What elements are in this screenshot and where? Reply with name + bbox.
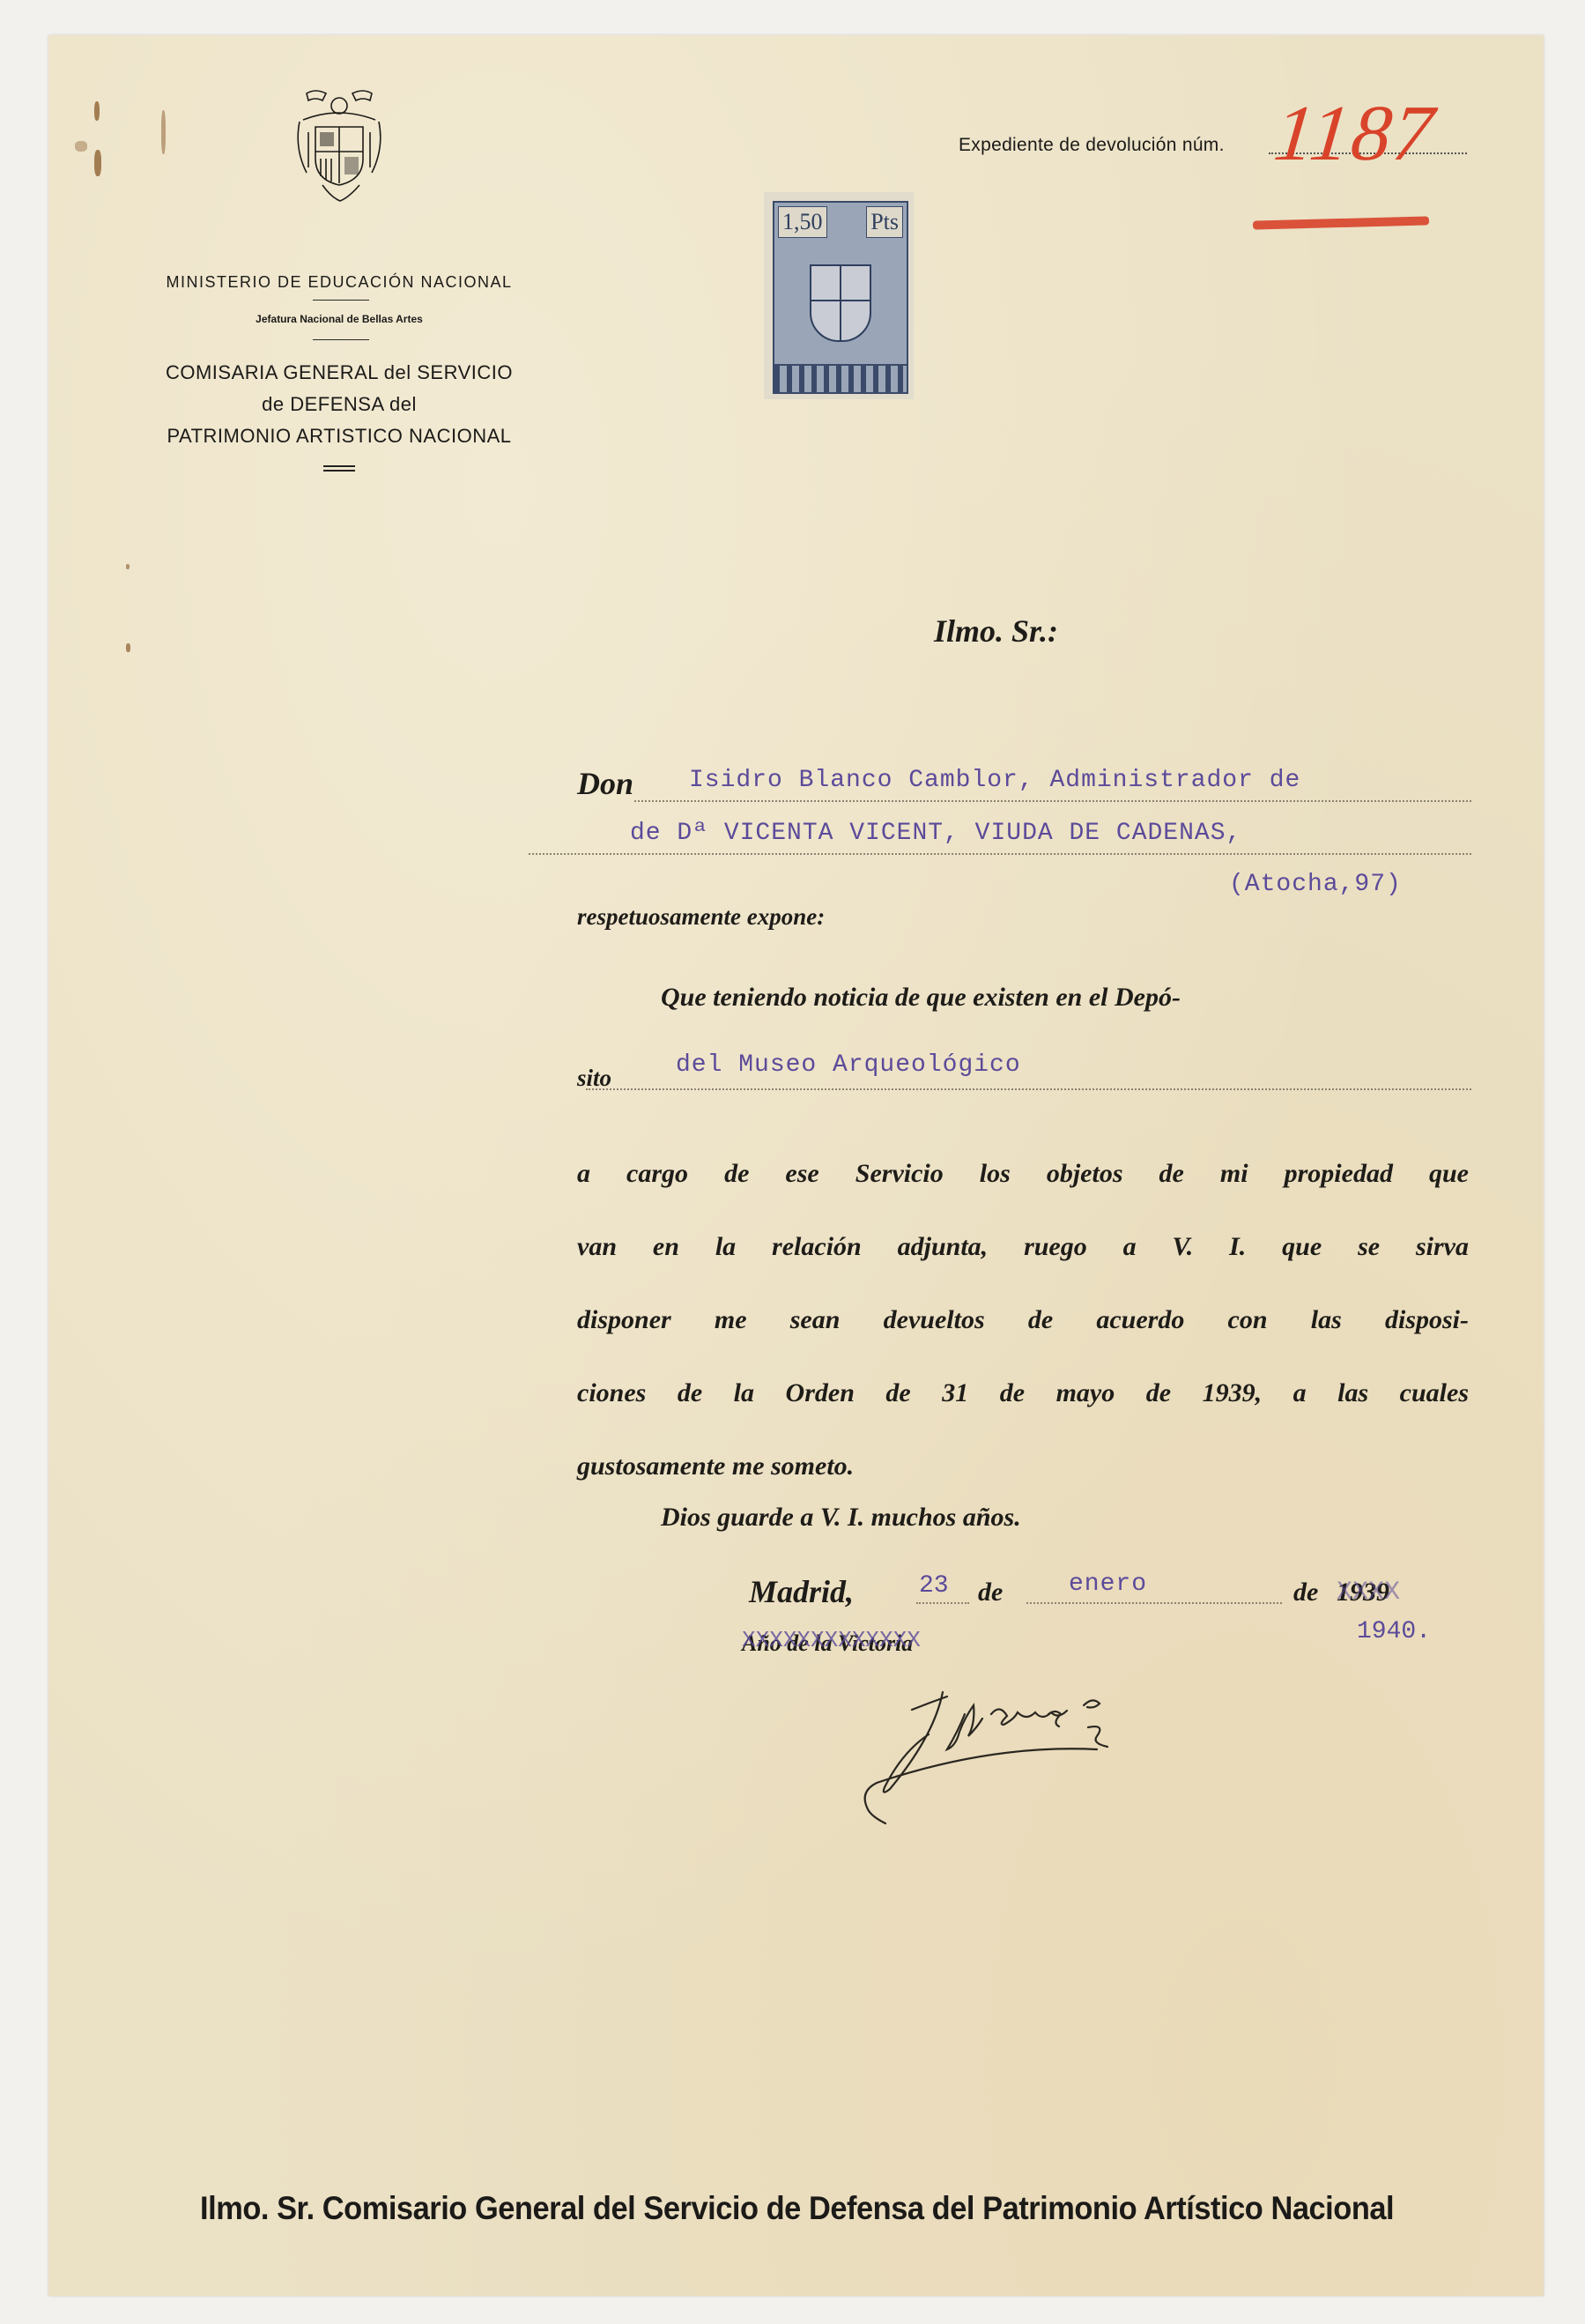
expone-label: respetuosamente expone: (577, 903, 825, 931)
body-line: gustosamente me someto. (577, 1429, 1469, 1503)
body-line: a cargo de ese Servicio los objetos de m… (577, 1137, 1469, 1210)
stamp-ornament-border (774, 364, 907, 392)
header-double-rule (323, 465, 355, 471)
document-page: MINISTERIO DE EDUCACIÓN NACIONAL Jefatur… (48, 35, 1544, 2296)
stain-mark (161, 110, 166, 154)
expediente-label: Expediente de devolución núm. (959, 135, 1225, 156)
typed-principal-line: de Dª VICENTA VICENT, VIUDA DE CADENAS, (630, 820, 1241, 847)
dotted-field-line (586, 1088, 1471, 1090)
addressee-footer: Ilmo. Sr. Comisario General del Servicio… (200, 2190, 1394, 2227)
closing-line: Dios guarde a V. I. muchos años. (661, 1503, 1021, 1533)
stain-mark (126, 643, 130, 652)
date-de-1: de (978, 1578, 1003, 1607)
header-divider (313, 339, 369, 340)
revenue-stamp: 1,50 Pts (764, 192, 914, 399)
jefatura-name: Jefatura Nacional de Bellas Artes (145, 313, 533, 325)
red-underline-mark (1253, 216, 1429, 229)
comisaria-line-2: de DEFENSA del (145, 389, 533, 420)
signature (859, 1679, 1273, 1829)
don-label: Don (577, 765, 633, 802)
salutation: Ilmo. Sr.: (934, 613, 1058, 650)
stamp-currency: Pts (866, 206, 903, 238)
dotted-field-line (529, 853, 1471, 855)
dotted-field-line (916, 1602, 969, 1604)
stain-mark (75, 141, 87, 152)
ministry-name: MINISTERIO DE EDUCACIÓN NACIONAL (145, 273, 533, 292)
era-overtype: XXXXXXXXXXXXX (742, 1627, 921, 1653)
typed-day: 23 (919, 1572, 949, 1600)
body-line: disponer me sean devueltos de acuerdo co… (577, 1283, 1469, 1356)
stain-mark (94, 101, 100, 121)
typed-deposit-name: del Museo Arqueológico (676, 1051, 1021, 1079)
date-de-2: de (1293, 1578, 1318, 1607)
stamp-value: 1,50 (778, 206, 827, 238)
coat-of-arms-icon (291, 86, 388, 210)
body-line: van en la relación adjunta, ruego a V. I… (577, 1210, 1469, 1283)
stamp-shield-icon (810, 264, 871, 342)
stain-mark (94, 150, 101, 176)
date-place: Madrid, (749, 1573, 854, 1610)
comisaria-name: COMISARIA GENERAL del SERVICIO de DEFENS… (145, 357, 533, 452)
stamp-frame: 1,50 Pts (773, 201, 908, 394)
body-line-1: Que teniendo noticia de que existen en e… (661, 983, 1181, 1013)
stain-mark (126, 564, 130, 569)
year-overtype: XXXX (1337, 1578, 1400, 1607)
typed-year: 1940. (1357, 1618, 1431, 1645)
header-divider (313, 300, 369, 301)
typed-month: enero (1069, 1570, 1147, 1598)
body-line: ciones de la Orden de 31 de mayo de 1939… (577, 1356, 1469, 1429)
typed-name-line: Isidro Blanco Camblor, Administrador de (689, 767, 1300, 794)
typed-address: (Atocha,97) (1229, 871, 1402, 898)
expediente-number: 1187 (1270, 88, 1440, 179)
dotted-field-line (634, 800, 1471, 802)
dotted-field-line (1026, 1602, 1282, 1604)
comisaria-line-3: PATRIMONIO ARTISTICO NACIONAL (145, 420, 533, 452)
comisaria-line-1: COMISARIA GENERAL del SERVICIO (145, 357, 533, 389)
